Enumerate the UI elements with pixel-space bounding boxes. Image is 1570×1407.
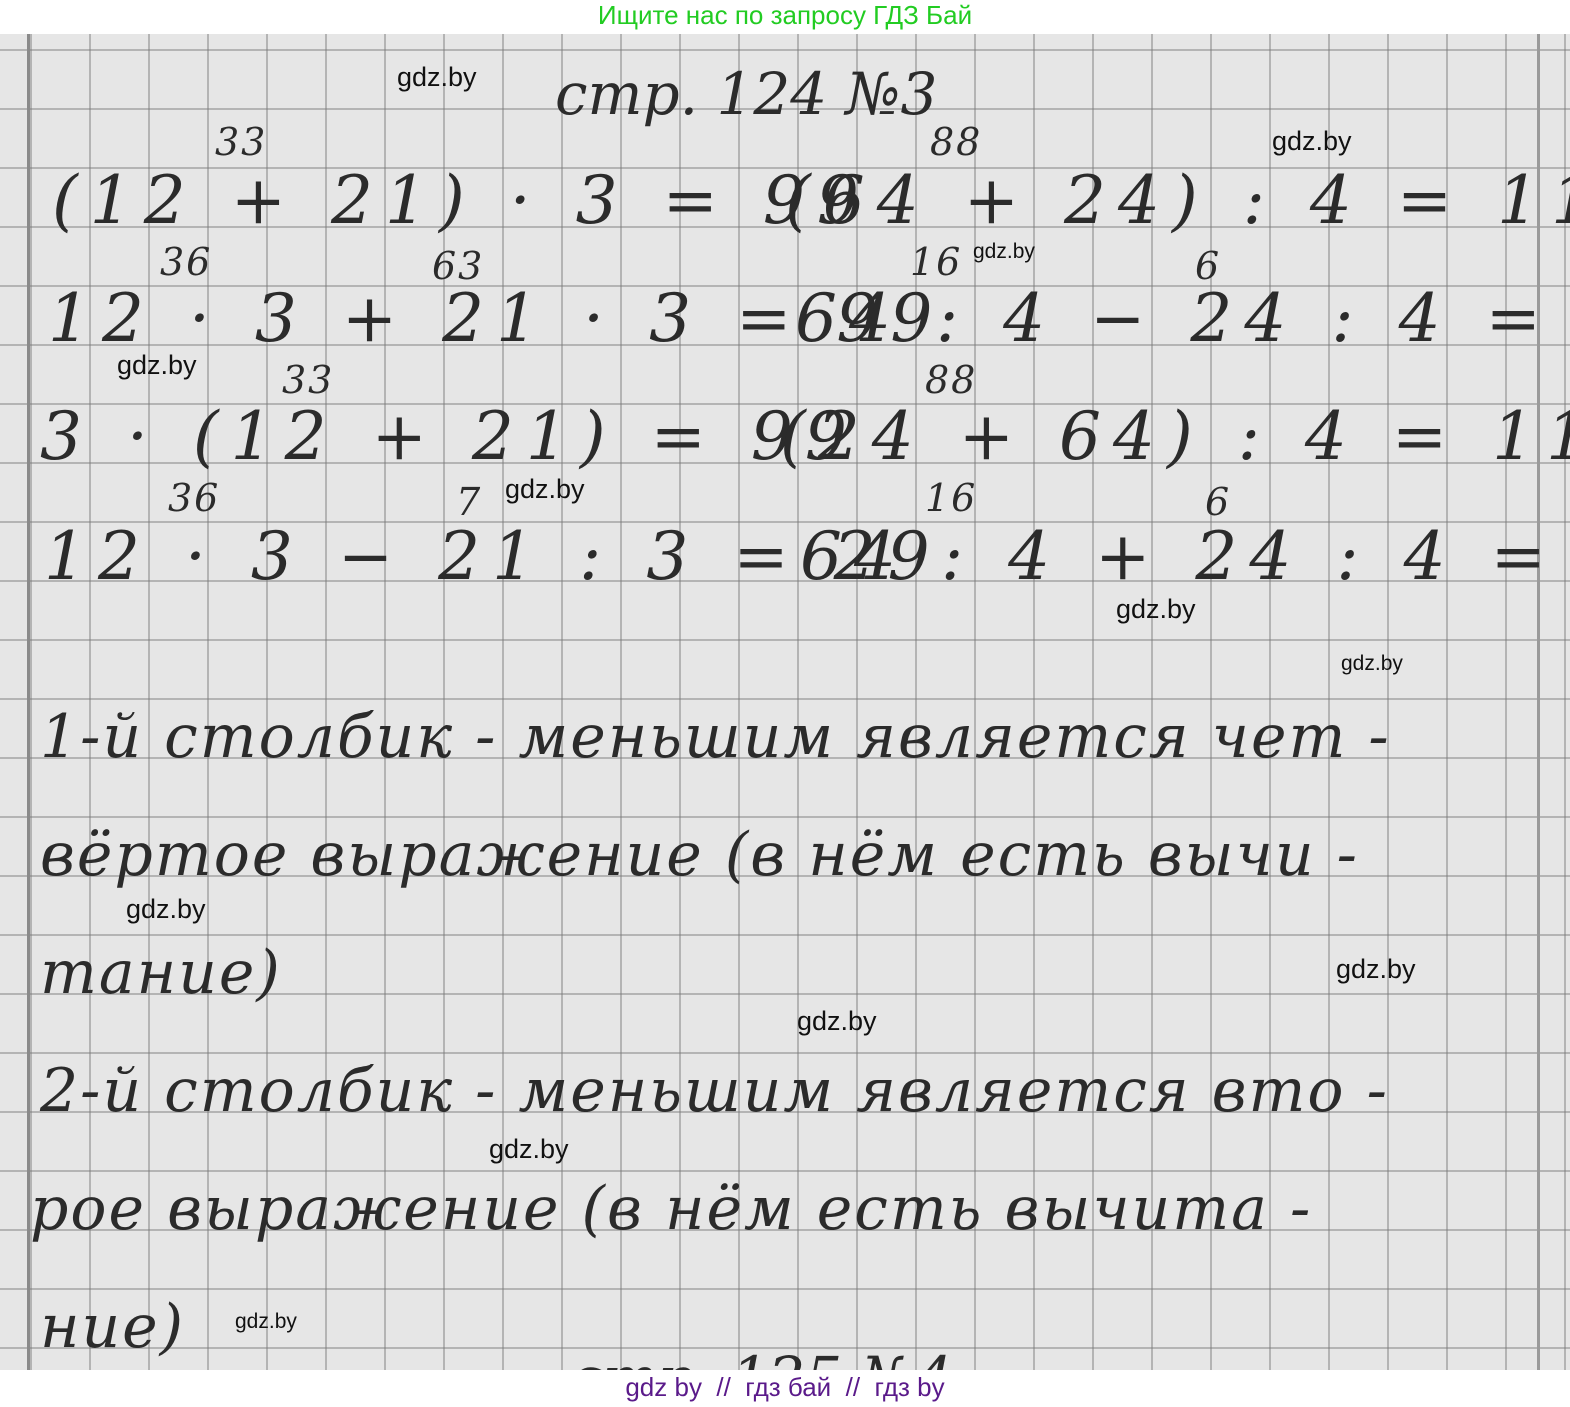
watermark: gdz.by — [505, 474, 585, 505]
margin-line — [27, 34, 30, 1370]
notebook-page: стр. 124 №3 33 (12 + 21) · 3 = 99 36 63 … — [0, 34, 1570, 1370]
watermark: gdz.by — [117, 350, 197, 381]
conclusion-line: тание) — [40, 938, 282, 1008]
conclusion-line: вёртое выражение (в нём есть вычи - — [40, 820, 1359, 890]
watermark: gdz.by — [397, 62, 477, 93]
conclusion-line: ние) — [40, 1292, 185, 1362]
intermediate-result: 36 — [168, 476, 220, 520]
expression: (64 + 24) : 4 = 11 — [785, 162, 1570, 239]
next-page-title: стр. 125 №4 — [570, 1344, 952, 1370]
expression: (12 + 21) · 3 = 99 — [52, 162, 871, 239]
watermark: gdz.by — [1341, 652, 1403, 676]
watermark: gdz.by — [1272, 126, 1352, 157]
expression: 64 : 4 + 24 : 4 = 22 — [800, 518, 1570, 595]
watermark: gdz.by — [973, 240, 1035, 264]
intermediate-result: 88 — [925, 358, 977, 402]
watermark: gdz.by — [235, 1310, 297, 1334]
expression: (24 + 64) : 4 = 11 — [780, 398, 1570, 475]
watermark: gdz.by — [797, 1006, 877, 1037]
page-title: стр. 124 №3 — [555, 60, 937, 128]
expression: 3 · (12 + 21) = 99 — [40, 398, 859, 475]
watermark: gdz.by — [126, 894, 206, 925]
conclusion-line: рое выражение (в нём есть вычита - — [30, 1174, 1312, 1244]
intermediate-result: 16 — [925, 476, 977, 520]
intermediate-result: 36 — [160, 240, 212, 284]
conclusion-line: 2-й столбик - меньшим является вто - — [40, 1056, 1389, 1126]
search-hint-banner: Ищите нас по запросу ГДЗ Бай — [0, 0, 1570, 34]
intermediate-result: 88 — [930, 120, 982, 164]
watermark: gdz.by — [1336, 954, 1416, 985]
intermediate-result: 33 — [282, 358, 334, 402]
conclusion-line: 1-й столбик - меньшим является чет - — [40, 702, 1391, 772]
intermediate-result: 16 — [910, 240, 962, 284]
intermediate-result: 33 — [215, 120, 267, 164]
watermark: gdz.by — [489, 1134, 569, 1165]
watermark: gdz.by — [1116, 594, 1196, 625]
site-footer-banner: gdz by // гдз бай // гдз by — [0, 1370, 1570, 1407]
expression: 64 : 4 − 24 : 4 = 10 — [795, 280, 1570, 357]
